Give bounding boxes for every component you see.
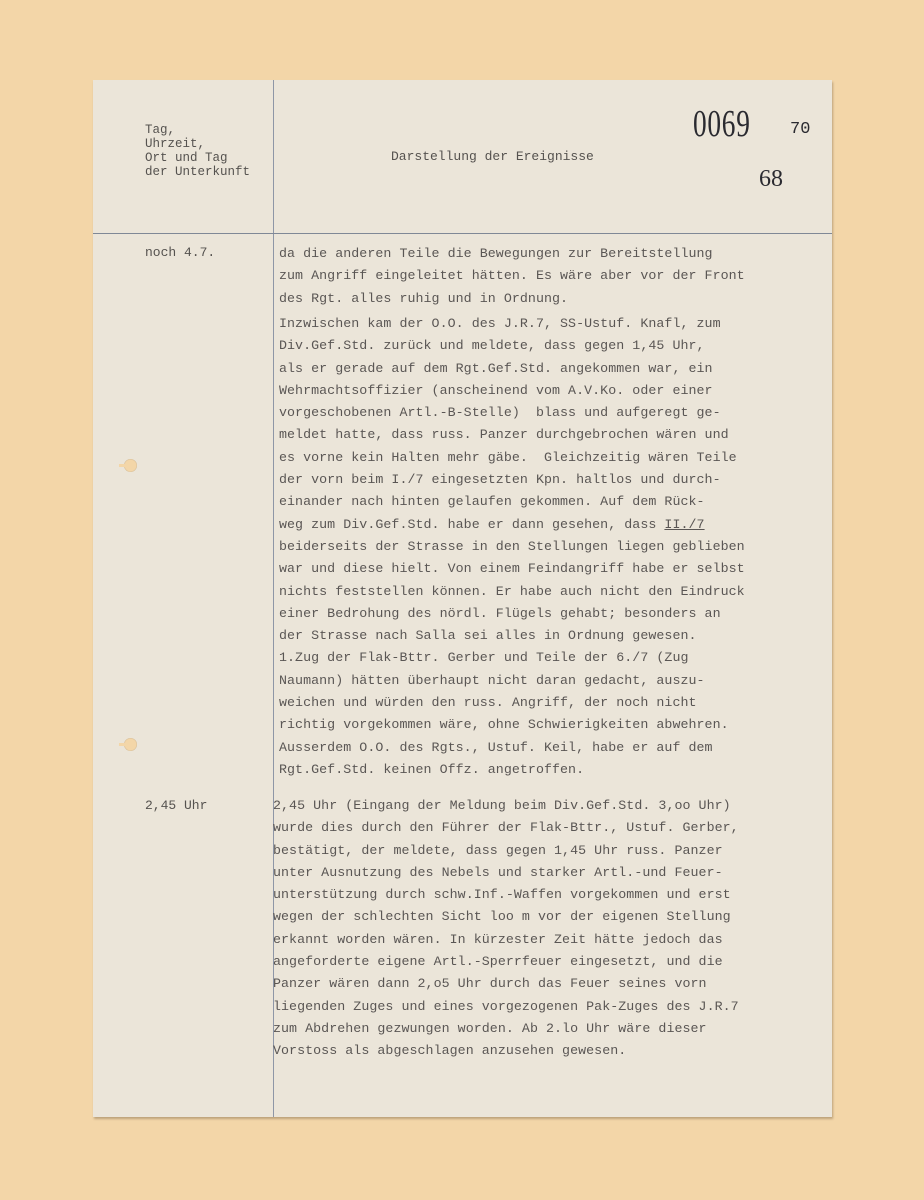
entry-paragraph: Inzwischen kam der O.O. des J.R.7, SS-Us… <box>279 313 824 781</box>
document-page: Tag, Uhrzeit, Ort und Tag der Unterkunft… <box>93 80 832 1117</box>
right-column-header: Darstellung der Ereignisse <box>391 149 594 164</box>
page-number-top: 70 <box>790 120 810 139</box>
paragraph-text: beiderseits der Strasse in den Stellunge… <box>279 539 745 777</box>
entry-date: noch 4.7. <box>145 245 215 260</box>
paragraph-text: Inzwischen kam der O.O. des J.R.7, SS-Us… <box>279 316 737 532</box>
punch-hole-icon <box>124 738 137 751</box>
punch-hole-icon <box>124 459 137 472</box>
archive-stamp-number: 0069 <box>693 102 751 146</box>
entry-paragraph: da die anderen Teile die Bewegungen zur … <box>279 243 824 310</box>
left-column-header: Tag, Uhrzeit, Ort und Tag der Unterkunft <box>145 123 250 179</box>
underlined-unit: II./7 <box>664 517 704 532</box>
entry-paragraph: 2,45 Uhr (Eingang der Meldung beim Div.G… <box>273 795 818 1063</box>
page-number-bottom: 68 <box>759 166 783 193</box>
entry-date: 2,45 Uhr <box>145 798 207 813</box>
header-divider <box>93 233 832 234</box>
